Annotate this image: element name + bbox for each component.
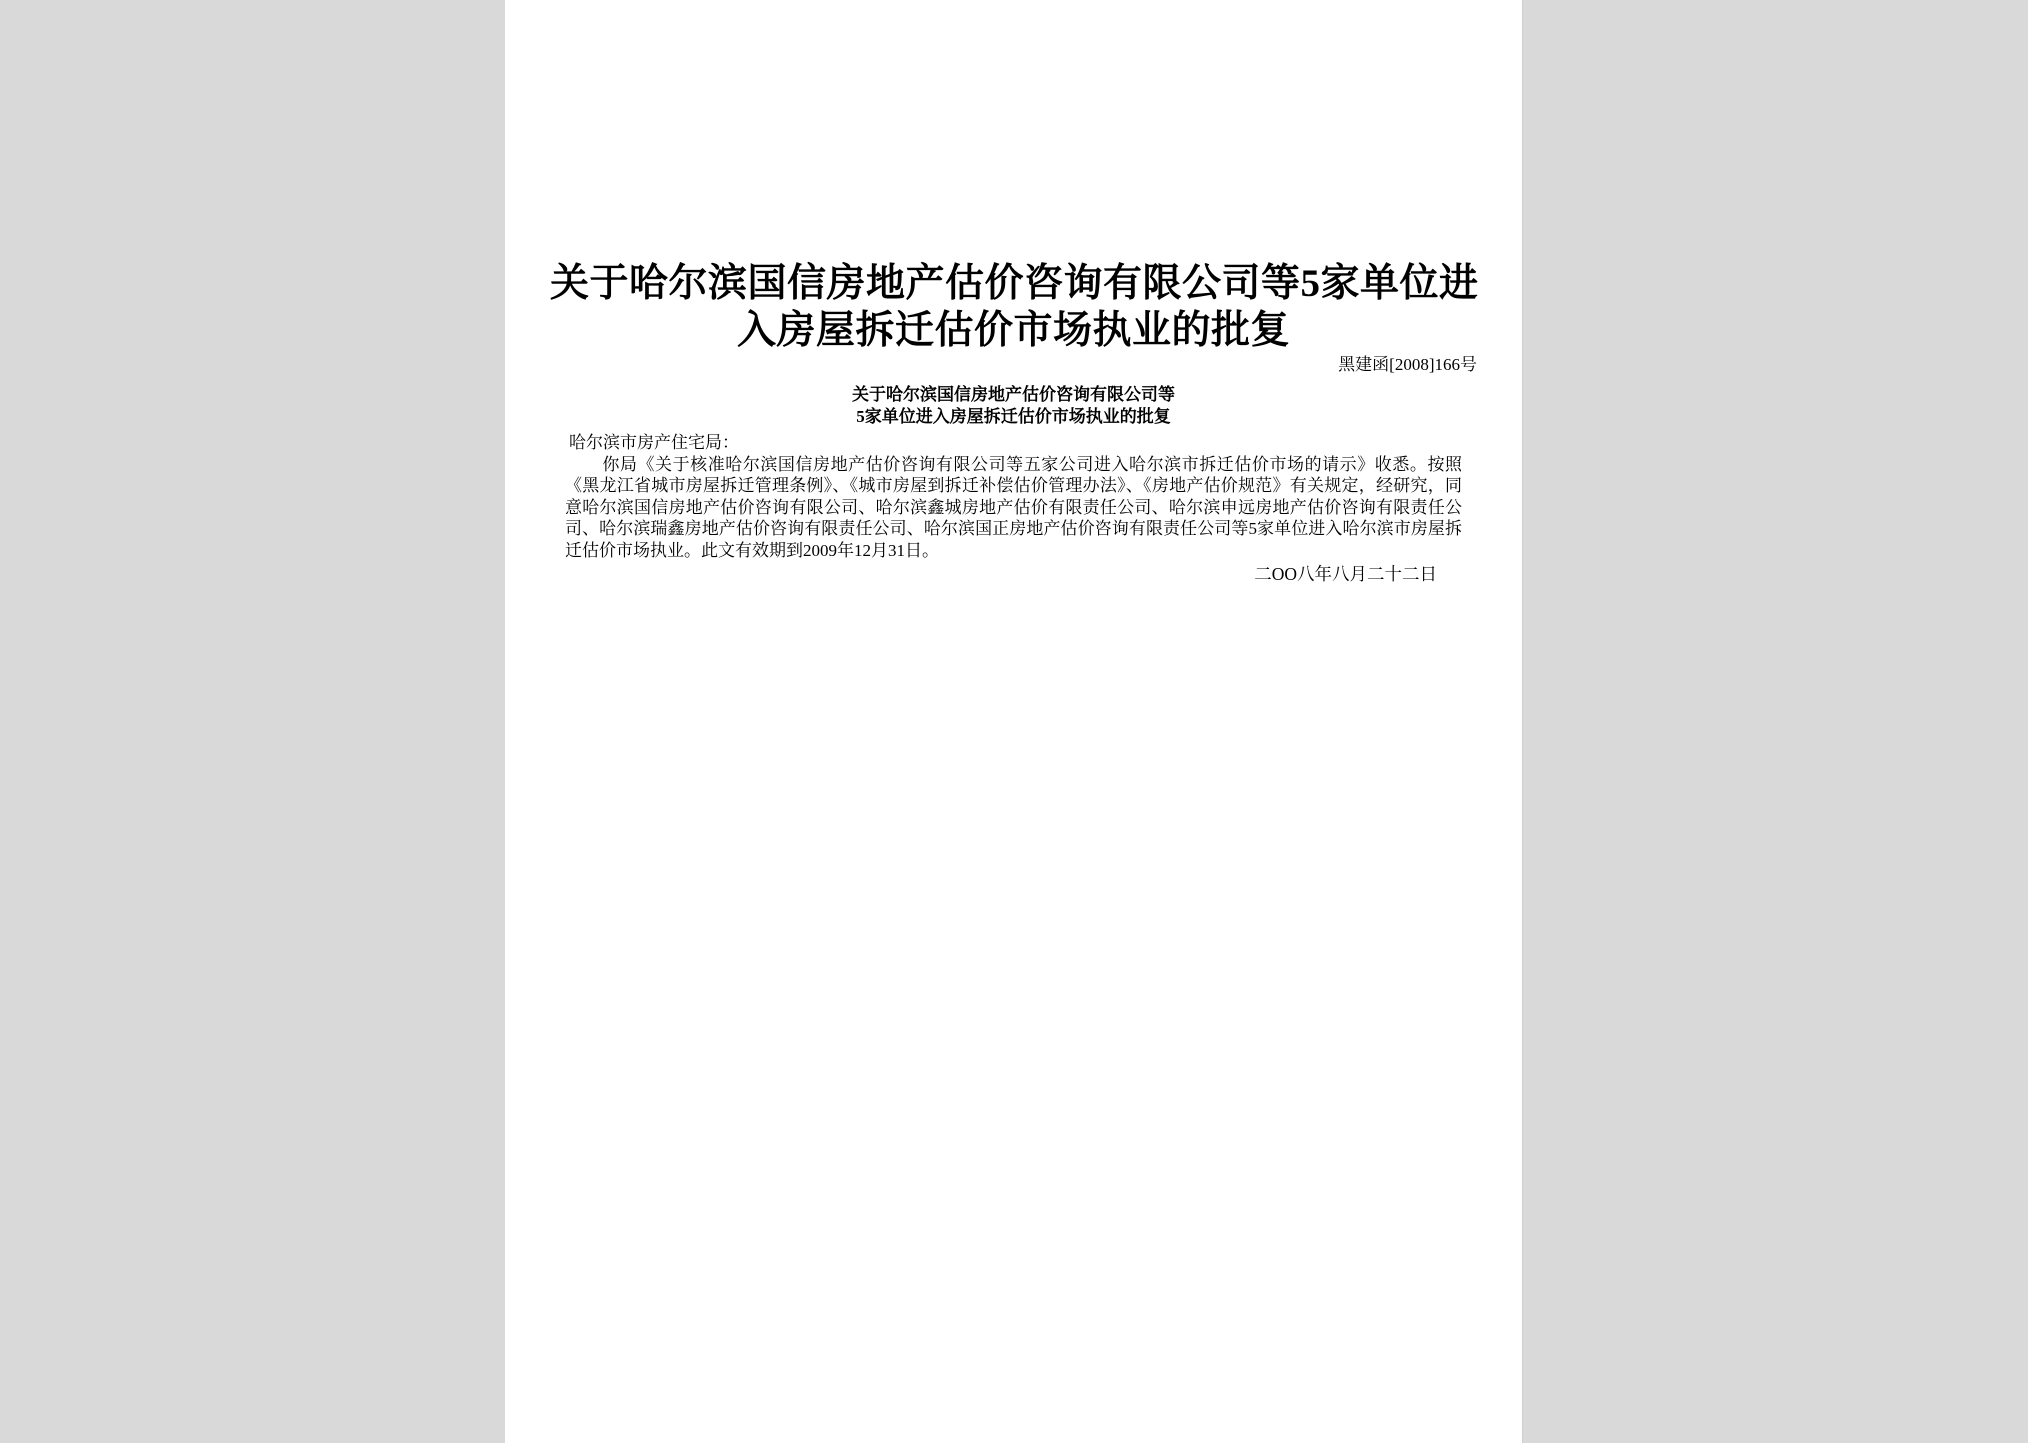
page-background: 关于哈尔滨国信房地产估价咨询有限公司等5家单位进 入房屋拆迁估价市场执业的批复 … — [0, 0, 2028, 1443]
document-number: 黑建函[2008]166号 — [550, 354, 1477, 376]
document-subtitle: 关于哈尔滨国信房地产估价咨询有限公司等 5家单位进入房屋拆迁估价市场执业的批复 — [550, 384, 1477, 428]
body-paragraph: 你局《关于核准哈尔滨国信房地产估价咨询有限公司等五家公司进入哈尔滨市拆迁估价市场… — [565, 454, 1462, 562]
document-date: 二OO八年八月二十二日 — [550, 563, 1437, 585]
document-title: 关于哈尔滨国信房地产估价咨询有限公司等5家单位进 入房屋拆迁估价市场执业的批复 — [550, 260, 1477, 354]
document-subtitle-line-1: 关于哈尔滨国信房地产估价咨询有限公司等 — [550, 384, 1477, 406]
document-title-line-2: 入房屋拆迁估价市场执业的批复 — [550, 307, 1477, 354]
document-title-line-1: 关于哈尔滨国信房地产估价咨询有限公司等5家单位进 — [550, 260, 1477, 307]
document-page: 关于哈尔滨国信房地产估价咨询有限公司等5家单位进 入房屋拆迁估价市场执业的批复 … — [505, 0, 1523, 1443]
salutation: 哈尔滨市房产住宅局： — [550, 432, 1477, 454]
document-subtitle-line-2: 5家单位进入房屋拆迁估价市场执业的批复 — [550, 406, 1477, 428]
